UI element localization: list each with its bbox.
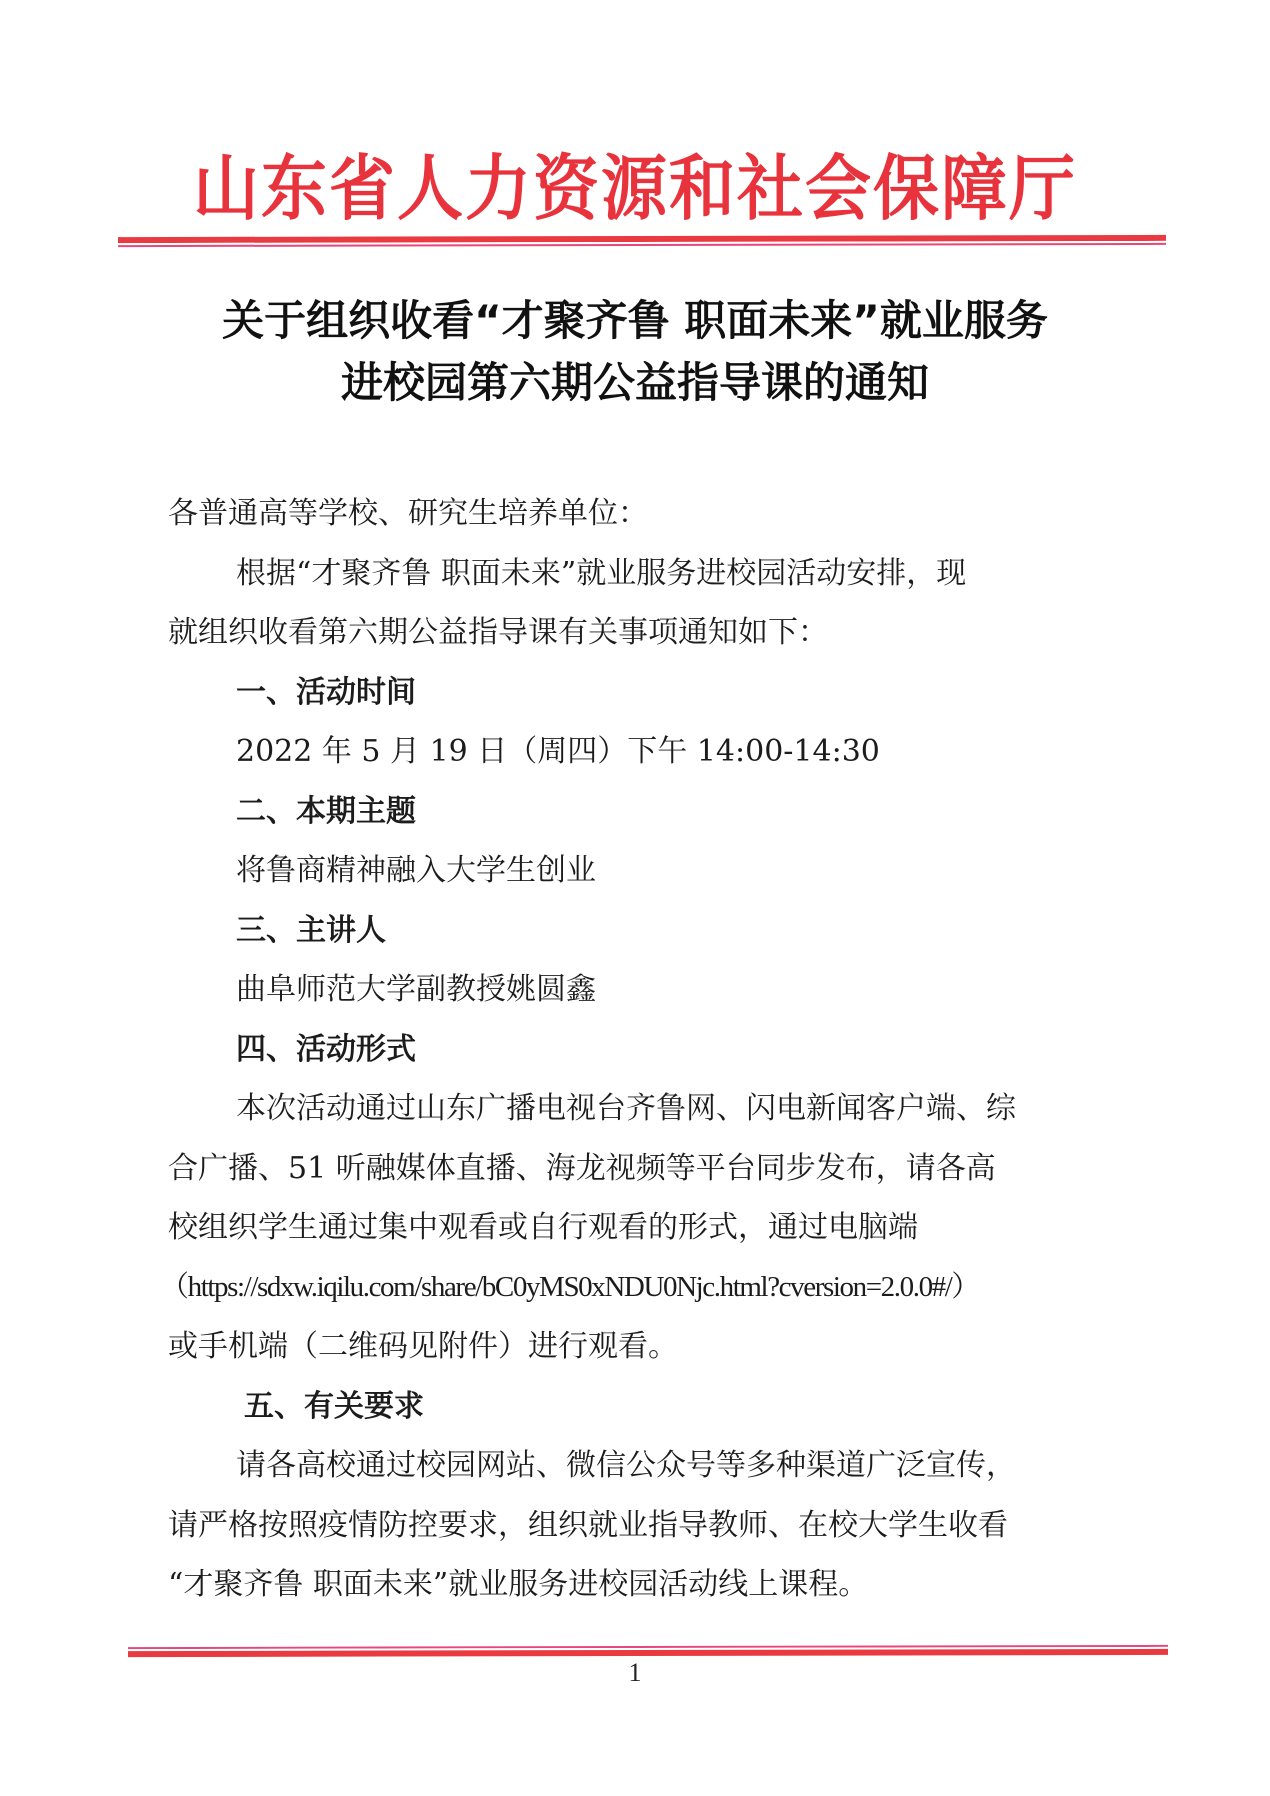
document-title-line-2: 进校园第六期公益指导课的通知: [0, 352, 1270, 414]
document-body: 各普通高等学校、研究生培养单位： 根据“才聚齐鲁 职面未来”就业服务进校园活动安…: [168, 484, 1128, 1615]
page-number: 1: [0, 1658, 1270, 1688]
document-title: 关于组织收看“才聚齐鲁 职面未来”就业服务 进校园第六期公益指导课的通知: [0, 290, 1270, 414]
section-requirements-line-1: 请各高校通过校园网站、微信公众号等多种渠道广泛宣传，: [168, 1436, 1128, 1496]
section-heading-format: 四、活动形式: [168, 1020, 1128, 1080]
section-heading-requirements: 五、有关要求: [168, 1377, 1128, 1437]
viewing-url-link[interactable]: （https://sdxw.iqilu.com/share/bC0yMS0xND…: [160, 1258, 1128, 1318]
intro-line-2: 就组织收看第六期公益指导课有关事项通知如下：: [168, 603, 1128, 663]
divider-thick-line: [128, 1649, 1168, 1657]
section-heading-theme: 二、本期主题: [168, 782, 1128, 842]
section-heading-speaker: 三、主讲人: [168, 901, 1128, 961]
document-title-line-1: 关于组织收看“才聚齐鲁 职面未来”就业服务: [0, 290, 1270, 352]
section-format-line-3: 校组织学生通过集中观看或自行观看的形式，通过电脑端: [168, 1198, 1128, 1258]
footer-divider: [128, 1645, 1168, 1647]
section-theme-content: 将鲁商精神融入大学生创业: [168, 841, 1128, 901]
section-requirements-line-2: 请严格按照疫情防控要求，组织就业指导教师、在校大学生收看: [168, 1496, 1128, 1556]
section-format-line-1: 本次活动通过山东广播电视台齐鲁网、闪电新闻客户端、综: [168, 1079, 1128, 1139]
section-requirements-line-3: “才聚齐鲁 职面未来”就业服务进校园活动线上课程。: [168, 1555, 1128, 1615]
section-speaker-content: 曲阜师范大学副教授姚圆鑫: [168, 960, 1128, 1020]
section-heading-time: 一、活动时间: [168, 663, 1128, 723]
section-format-line-5: 或手机端（二维码见附件）进行观看。: [168, 1317, 1128, 1377]
agency-masthead: 山东省人力资源和社会保障厅: [0, 145, 1270, 231]
intro-line-1: 根据“才聚齐鲁 职面未来”就业服务进校园活动安排，现: [168, 544, 1128, 604]
salutation: 各普通高等学校、研究生培养单位：: [168, 484, 1128, 544]
section-format-line-2: 合广播、51 听融媒体直播、海龙视频等平台同步发布，请各高: [168, 1139, 1128, 1199]
section-time-content: 2022 年 5 月 19 日（周四）下午 14:00-14:30: [168, 722, 1128, 782]
masthead-divider: [118, 235, 1166, 237]
